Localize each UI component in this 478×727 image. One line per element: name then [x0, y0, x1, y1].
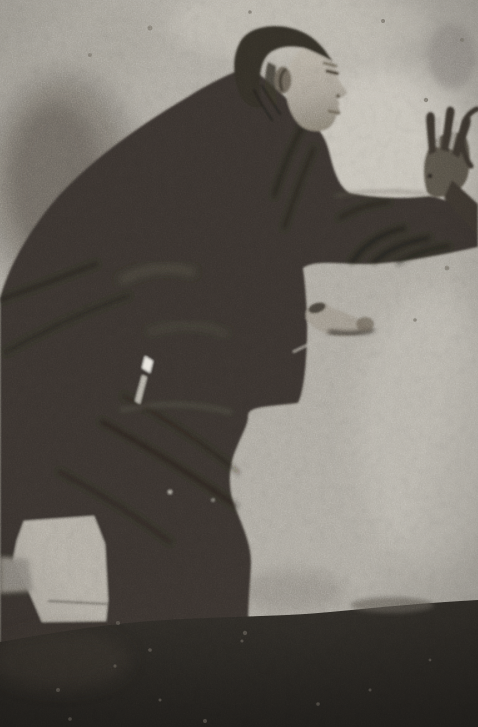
vignette — [0, 0, 478, 727]
photo-canvas — [0, 0, 478, 727]
photo-stage — [0, 0, 478, 727]
